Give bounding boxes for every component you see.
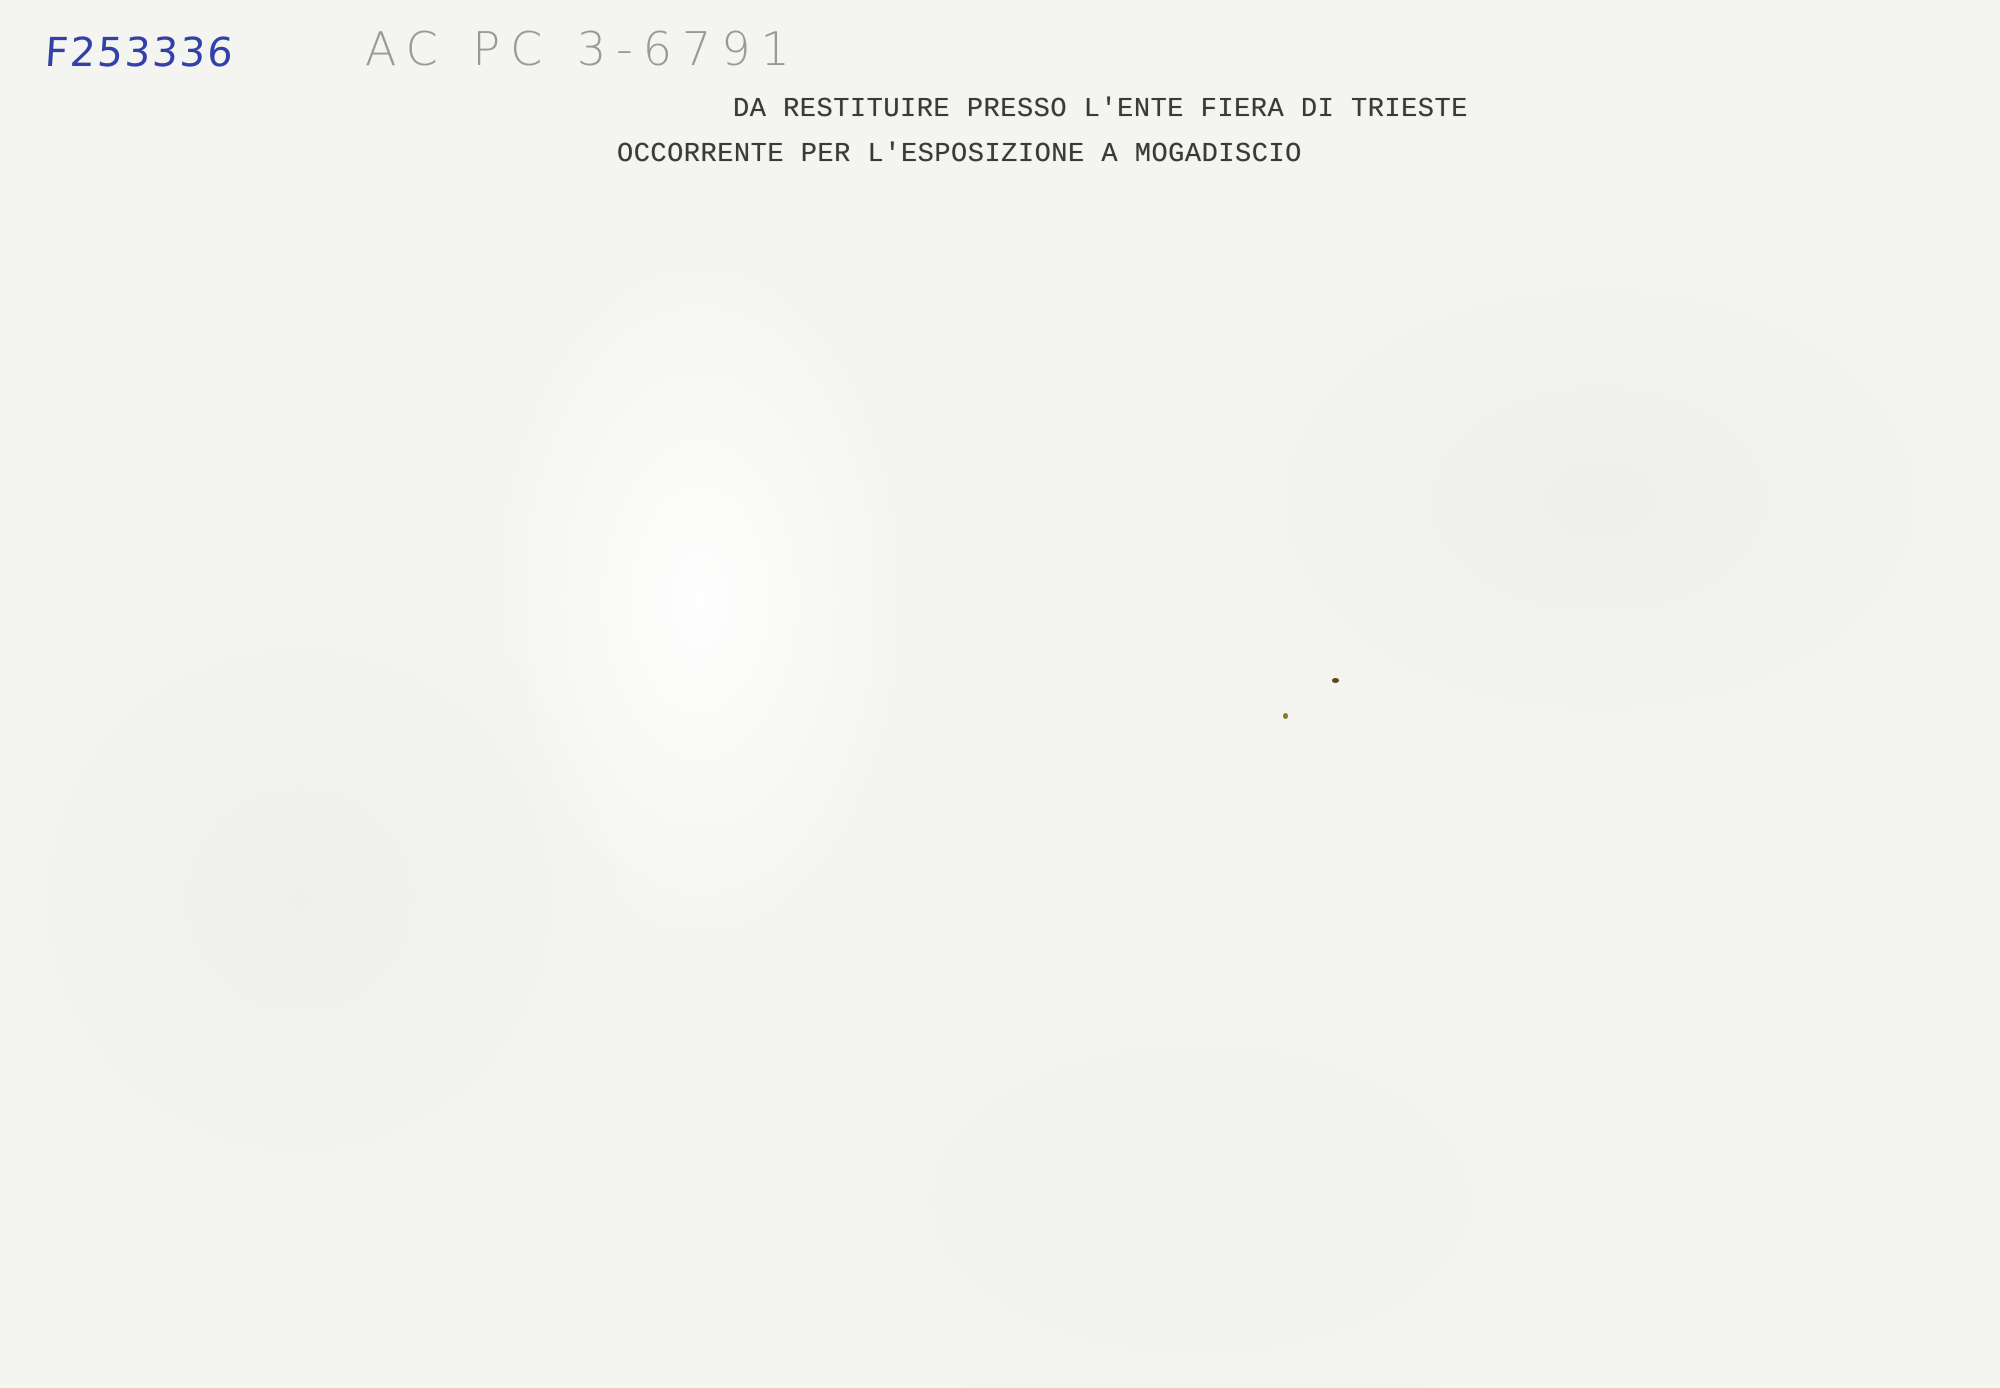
stain-spot <box>1332 678 1339 683</box>
handwritten-inventory-number: F253336 <box>43 30 236 76</box>
handwritten-archive-reference: AC PC 3-6791 <box>365 22 800 76</box>
stain-spot <box>1283 713 1288 719</box>
typed-return-note: DA RESTITUIRE PRESSO L'ENTE FIERA DI TRI… <box>733 95 1468 125</box>
typed-exhibition-note: OCCORRENTE PER L'ESPOSIZIONE A MOGADISCI… <box>617 140 1302 170</box>
